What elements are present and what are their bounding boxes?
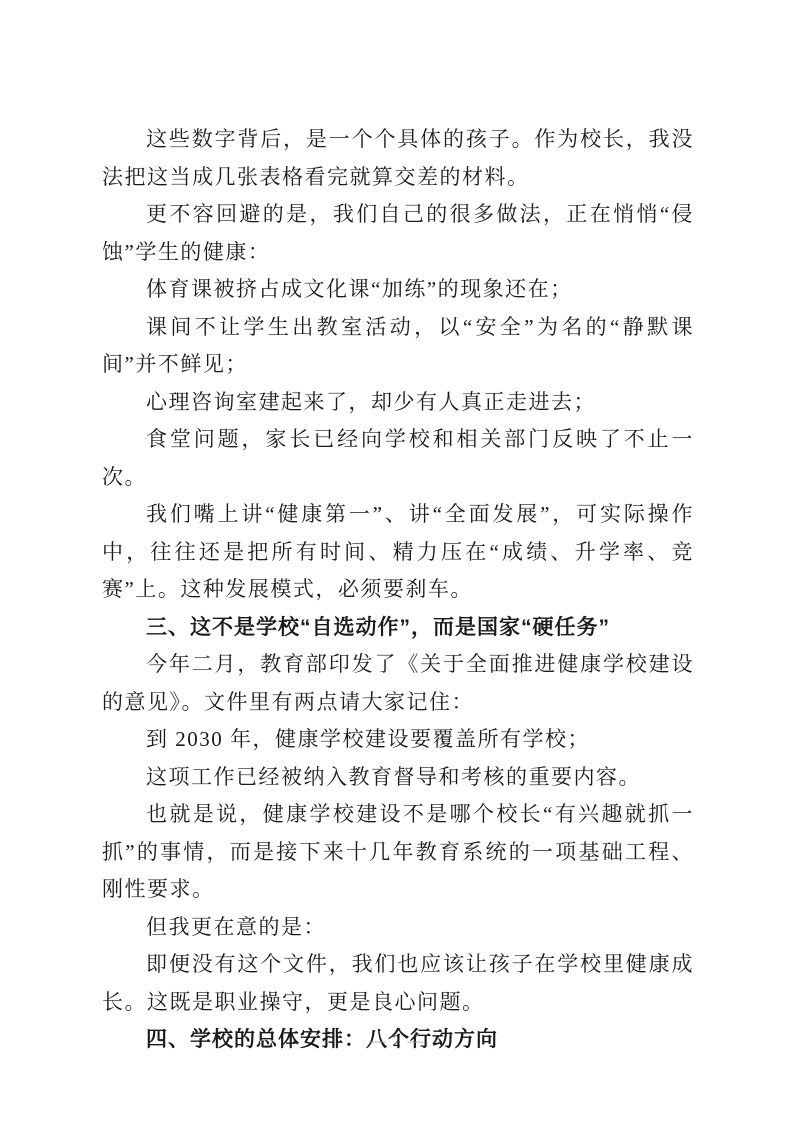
section-heading: 三、这不是学校“自选动作”，而是国家“硬任务” xyxy=(102,609,694,647)
page-footer: —2— xyxy=(0,1033,793,1051)
body-paragraph: 更不容回避的是，我们自己的很多做法，正在悄悄“侵蚀”学生的健康： xyxy=(102,196,694,271)
body-paragraph: 我们嘴上讲“健康第一”、讲“全面发展”，可实际操作中，往往还是把所有时间、精力压… xyxy=(102,496,694,609)
page-number: 2 xyxy=(393,1033,401,1050)
body-paragraph: 也就是说，健康学校建设不是哪个校长“有兴趣就抓一抓”的事情，而是接下来十几年教育… xyxy=(102,796,694,909)
body-paragraph: 体育课被挤占成文化课“加练”的现象还在； xyxy=(102,271,694,309)
body-paragraph: 课间不让学生出教室活动，以“安全”为名的“静默课间”并不鲜见； xyxy=(102,309,694,384)
document-page: 这些数字背后，是一个个具体的孩子。作为校长，我没法把这当成几张表格看完就算交差的… xyxy=(0,0,793,1122)
body-paragraph: 食堂问题，家长已经向学校和相关部门反映了不止一次。 xyxy=(102,421,694,496)
body-paragraph: 今年二月，教育部印发了《关于全面推进健康学校建设的意见》。文件里有两点请大家记住… xyxy=(102,646,694,721)
footer-dash-right: — xyxy=(401,1033,431,1050)
body-paragraph: 即便没有这个文件，我们也应该让孩子在学校里健康成长。这既是职业操守，更是良心问题… xyxy=(102,946,694,1021)
body-paragraph: 这些数字背后，是一个个具体的孩子。作为校长，我没法把这当成几张表格看完就算交差的… xyxy=(102,121,694,196)
body-paragraph: 到 2030 年，健康学校建设要覆盖所有学校； xyxy=(102,721,694,759)
document-body: 这些数字背后，是一个个具体的孩子。作为校长，我没法把这当成几张表格看完就算交差的… xyxy=(102,121,694,1059)
body-paragraph: 但我更在意的是： xyxy=(102,909,694,947)
body-paragraph: 这项工作已经被纳入教育督导和考核的重要内容。 xyxy=(102,759,694,797)
footer-dash-left: — xyxy=(363,1033,393,1050)
body-paragraph: 心理咨询室建起来了，却少有人真正走进去； xyxy=(102,384,694,422)
